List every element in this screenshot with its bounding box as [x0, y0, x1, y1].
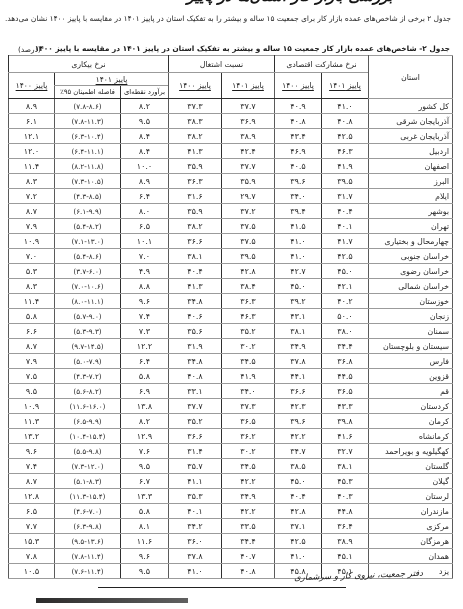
cell-unemployment-1400: ۸.۷: [9, 339, 55, 354]
cell-province: همدان: [369, 549, 453, 564]
cell-unemployment-ci-1401: (۴.۳-۸.۵): [55, 189, 121, 204]
cell-employment-1401: ۳۵.۹: [222, 174, 275, 189]
table-row: اصفهان ۴۱.۹ ۴۰.۵ ۳۷.۷ ۳۵.۹ ۱۰.۰ (۸.۲-۱۱.…: [9, 159, 453, 174]
clipped-calligraphic-heading: بررسی بازار کار استان‌ها در پاییز: [150, 0, 430, 9]
cell-participation-1401: ۳۸.۰: [322, 324, 369, 339]
cell-participation-1401: ۴۱.۹: [322, 159, 369, 174]
header-participation-1401: پاییز ۱۴۰۱: [322, 73, 369, 99]
cell-employment-1401: ۳۶.۳: [222, 294, 275, 309]
cell-unemployment-point-1401: ۸.۹: [121, 174, 169, 189]
cell-participation-1400: ۴۱.۵: [275, 219, 322, 234]
cell-province: آذربایجان شرقی: [369, 114, 453, 129]
cell-participation-1400: ۴۲.۵: [275, 534, 322, 549]
table-row: گیلان ۴۵.۳ ۴۵.۰ ۴۲.۲ ۴۱.۱ ۶.۷ (۵.۱-۸.۳) …: [9, 474, 453, 489]
cell-employment-1401: ۳۳.۵: [222, 519, 275, 534]
cell-employment-1401: ۴۲.۸: [222, 264, 275, 279]
cell-province: بوشهر: [369, 204, 453, 219]
header-unemployment-1400: پاییز ۱۴۰۰: [9, 73, 55, 99]
cell-participation-1401: ۴۵.۱: [322, 549, 369, 564]
cell-unemployment-point-1401: ۶.۵: [121, 219, 169, 234]
cell-unemployment-1400: ۷.۲: [9, 189, 55, 204]
cell-employment-1400: ۳۴.۲: [169, 519, 222, 534]
cell-unemployment-point-1401: ۷.۰: [121, 249, 169, 264]
table-row: قم ۳۶.۵ ۳۶.۶ ۳۴.۰ ۳۳.۱ ۶.۹ (۵.۶-۸.۲) ۹.۵: [9, 384, 453, 399]
cell-unemployment-point-1401: ۹.۶: [121, 294, 169, 309]
cell-unemployment-ci-1401: (۶.۳-۹.۸): [55, 519, 121, 534]
cell-unemployment-point-1401: ۴.۹: [121, 264, 169, 279]
cell-employment-1401: ۳۴.۰: [222, 384, 275, 399]
cell-unemployment-ci-1401: (۸.۲-۱۱.۸): [55, 159, 121, 174]
cell-participation-1400: ۴۲.۲: [275, 429, 322, 444]
cell-participation-1401: ۴۲.۵: [322, 129, 369, 144]
cell-province: سمنان: [369, 324, 453, 339]
cell-employment-1400: ۳۷.۷: [169, 399, 222, 414]
cell-unemployment-point-1401: ۱۰.۱: [121, 234, 169, 249]
header-participation-1400: پاییز ۱۴۰۰: [275, 73, 322, 99]
cell-unemployment-1400: ۷.۷: [9, 519, 55, 534]
cell-unemployment-point-1401: ۶.۴: [121, 354, 169, 369]
cell-employment-1401: ۴۶.۳: [222, 309, 275, 324]
table-row: گلستان ۳۸.۱ ۳۸.۵ ۳۴.۵ ۳۵.۷ ۹.۵ (۷.۳-۱۲.۰…: [9, 459, 453, 474]
cell-employment-1401: ۳۰.۲: [222, 444, 275, 459]
cell-employment-1401: ۴۲.۲: [222, 474, 275, 489]
cell-employment-1400: ۳۶.۶: [169, 234, 222, 249]
header-confidence-interval: فاصله اطمینان ۹۵٪: [55, 86, 121, 99]
cell-participation-1401: ۳۴.۴: [322, 339, 369, 354]
cell-employment-1400: ۳۸.۱: [169, 249, 222, 264]
cell-unemployment-point-1401: ۱۱.۶: [121, 534, 169, 549]
cell-participation-1400: ۴۴.۱: [275, 369, 322, 384]
cell-participation-1400: ۴۰.۵: [275, 159, 322, 174]
cell-employment-1400: ۳۸.۲: [169, 219, 222, 234]
cell-employment-1401: ۲۹.۷: [222, 189, 275, 204]
cell-province: کهگیلویه و بویراحمد: [369, 444, 453, 459]
table-row: سیستان و بلوچستان ۳۴.۴ ۳۴.۹ ۳۰.۲ ۳۱.۹ ۱۲…: [9, 339, 453, 354]
cell-province: مرکزی: [369, 519, 453, 534]
cell-unemployment-point-1401: ۵.۸: [121, 369, 169, 384]
cell-employment-1401: ۳۴.۴: [222, 534, 275, 549]
cell-participation-1400: ۳۹.۴: [275, 204, 322, 219]
cell-province: هرمزگان: [369, 534, 453, 549]
cell-unemployment-1400: ۵.۳: [9, 264, 55, 279]
cell-unemployment-1400: ۱۲.۱: [9, 129, 55, 144]
cell-participation-1400: ۴۵.۰: [275, 279, 322, 294]
cell-participation-1400: ۴۲.۸: [275, 504, 322, 519]
cell-province: کل کشور: [369, 99, 453, 114]
table-row: البرز ۳۹.۵ ۳۹.۶ ۳۵.۹ ۳۶.۳ ۸.۹ (۷.۳-۱۰.۵)…: [9, 174, 453, 189]
indicators-table: استان نرخ مشارکت اقتصادی نسبت اشتغال نرخ…: [8, 55, 453, 579]
cell-participation-1400: ۴۳.۱: [275, 309, 322, 324]
table-row: آذربایجان شرقی ۴۰.۸ ۴۰.۸ ۳۶.۹ ۳۸.۳ ۹.۵ (…: [9, 114, 453, 129]
cell-unemployment-1400: ۶.۵: [9, 504, 55, 519]
cell-participation-1401: ۴۱.۶: [322, 429, 369, 444]
cell-participation-1400: ۴۰.۹: [275, 99, 322, 114]
cell-participation-1401: ۳۶.۵: [322, 384, 369, 399]
cell-unemployment-1400: ۱۲.۰: [9, 144, 55, 159]
cell-participation-1400: ۳۶.۶: [275, 384, 322, 399]
cell-participation-1401: ۳۸.۹: [322, 534, 369, 549]
cell-unemployment-ci-1401: (۷.۸-۸.۶): [55, 99, 121, 114]
cell-employment-1400: ۴۱.۱: [169, 474, 222, 489]
cell-participation-1401: ۴۰.۸: [322, 114, 369, 129]
cell-unemployment-1400: ۱۱.۴: [9, 294, 55, 309]
cell-province: ایلام: [369, 189, 453, 204]
header-unemployment: نرخ بیکاری: [9, 56, 169, 73]
cell-participation-1401: ۴۰.۴: [322, 204, 369, 219]
cell-employment-1400: ۳۱.۴: [169, 444, 222, 459]
cell-unemployment-ci-1401: (۶.۵-۹.۹): [55, 414, 121, 429]
cell-unemployment-ci-1401: (۱۰.۴-۱۵.۴): [55, 429, 121, 444]
cell-unemployment-point-1401: ۱۳.۳: [121, 489, 169, 504]
cell-unemployment-ci-1401: (۸.۰-۱۱.۱): [55, 294, 121, 309]
table-row: همدان ۴۵.۱ ۴۱.۰ ۴۰.۷ ۳۷.۸ ۹.۶ (۷.۸-۱۱.۴)…: [9, 549, 453, 564]
table-row: آذربایجان غربی ۴۲.۵ ۴۳.۴ ۳۸.۹ ۳۸.۲ ۸.۴ (…: [9, 129, 453, 144]
cell-unemployment-1400: ۷.۹: [9, 354, 55, 369]
cell-employment-1401: ۴۲.۲: [222, 504, 275, 519]
cell-employment-1400: ۳۷.۳: [169, 99, 222, 114]
table-row: کردستان ۴۳.۳ ۴۲.۳ ۳۷.۳ ۳۷.۷ ۱۳.۸ (۱۱.۶-۱…: [9, 399, 453, 414]
cell-unemployment-ci-1401: (۶.۱-۹.۹): [55, 204, 121, 219]
table-row: اردبیل ۴۶.۳ ۴۶.۹ ۴۲.۴ ۴۱.۳ ۸.۴ (۶.۴-۱۱.۱…: [9, 144, 453, 159]
cell-unemployment-point-1401: ۱۳.۸: [121, 399, 169, 414]
unit-label: (درصد): [18, 45, 41, 54]
cell-employment-1401: ۳۶.۵: [222, 414, 275, 429]
table-row: ایلام ۳۱.۷ ۳۴.۰ ۲۹.۷ ۳۱.۶ ۶.۴ (۴.۳-۸.۵) …: [9, 189, 453, 204]
cell-participation-1400: ۴۰.۴: [275, 489, 322, 504]
cell-province: خراسان رضوی: [369, 264, 453, 279]
cell-employment-1401: ۳۴.۹: [222, 489, 275, 504]
cell-participation-1400: ۳۸.۵: [275, 459, 322, 474]
cell-unemployment-1400: ۹.۶: [9, 444, 55, 459]
cell-unemployment-ci-1401: (۴.۳-۷.۲): [55, 369, 121, 384]
cell-province: مازندران: [369, 504, 453, 519]
cell-province: کرمان: [369, 414, 453, 429]
cell-province: آذربایجان غربی: [369, 129, 453, 144]
cell-province: اصفهان: [369, 159, 453, 174]
cell-participation-1401: ۴۰.۳: [322, 489, 369, 504]
cell-employment-1400: ۳۵.۹: [169, 204, 222, 219]
cell-unemployment-1400: ۸.۳: [9, 279, 55, 294]
cell-province: کردستان: [369, 399, 453, 414]
cell-unemployment-point-1401: ۸.۰: [121, 204, 169, 219]
cell-employment-1400: ۳۴.۸: [169, 354, 222, 369]
cell-participation-1400: ۴۱.۰: [275, 234, 322, 249]
header-province: استان: [369, 56, 453, 99]
cell-participation-1401: ۴۶.۳: [322, 144, 369, 159]
cell-participation-1401: ۴۵.۰: [322, 264, 369, 279]
cell-employment-1400: ۳۳.۱: [169, 384, 222, 399]
cell-unemployment-ci-1401: (۵.۴-۸.۲): [55, 219, 121, 234]
cell-unemployment-ci-1401: (۵.۷-۹.۰): [55, 309, 121, 324]
clipped-heading-text: بررسی بازار کار استان‌ها در پاییز: [150, 0, 430, 5]
cell-province: زنجان: [369, 309, 453, 324]
cell-unemployment-point-1401: ۸.۴: [121, 144, 169, 159]
cell-unemployment-1400: ۸.۷: [9, 204, 55, 219]
cell-unemployment-1400: ۹.۵: [9, 384, 55, 399]
cell-participation-1400: ۳۴.۷: [275, 444, 322, 459]
cell-employment-1400: ۴۰.۴: [169, 264, 222, 279]
cell-unemployment-1400: ۵.۸: [9, 309, 55, 324]
cell-unemployment-ci-1401: (۷.۳-۱۲.۰): [55, 459, 121, 474]
cell-participation-1400: ۳۷.۱: [275, 519, 322, 534]
intro-paragraph: جدول ۲ برخی از شاخص‌های عمده بازار کار ب…: [6, 14, 451, 24]
cell-employment-1401: ۳۹.۵: [222, 249, 275, 264]
cell-employment-1401: ۳۶.۲: [222, 429, 275, 444]
cell-province: قزوین: [369, 369, 453, 384]
cell-participation-1401: ۳۶.۸: [322, 354, 369, 369]
cell-participation-1400: ۳۴.۰: [275, 189, 322, 204]
table-row: لرستان ۴۰.۳ ۴۰.۴ ۳۴.۹ ۳۵.۳ ۱۳.۳ (۱۱.۳-۱۵…: [9, 489, 453, 504]
cell-employment-1401: ۳۷.۷: [222, 99, 275, 114]
cell-unemployment-point-1401: ۱۰.۰: [121, 159, 169, 174]
cell-participation-1400: ۴۰.۸: [275, 114, 322, 129]
cell-unemployment-ci-1401: (۷.۶-۱۱.۴): [55, 564, 121, 579]
cell-employment-1401: ۴۲.۴: [222, 144, 275, 159]
cell-province: خوزستان: [369, 294, 453, 309]
cell-employment-1401: ۳۷.۵: [222, 219, 275, 234]
cell-participation-1401: ۴۱.۰: [322, 99, 369, 114]
cell-employment-1401: ۴۱.۹: [222, 369, 275, 384]
cell-employment-1401: ۳۷.۵: [222, 234, 275, 249]
cell-province: لرستان: [369, 489, 453, 504]
cell-unemployment-point-1401: ۹.۶: [121, 549, 169, 564]
cell-unemployment-ci-1401: (۱۱.۳-۱۵.۴): [55, 489, 121, 504]
cell-participation-1401: ۳۶.۴: [322, 519, 369, 534]
cell-employment-1401: ۳۷.۳: [222, 399, 275, 414]
cell-employment-1401: ۳۰.۲: [222, 339, 275, 354]
cell-participation-1400: ۴۱.۰: [275, 249, 322, 264]
cell-participation-1400: ۳۷.۸: [275, 354, 322, 369]
cell-employment-1400: ۳۸.۲: [169, 129, 222, 144]
cell-employment-1400: ۳۱.۹: [169, 339, 222, 354]
cell-unemployment-ci-1401: (۵.۵-۹.۸): [55, 444, 121, 459]
cell-employment-1400: ۴۰.۶: [169, 309, 222, 324]
cell-province: گلستان: [369, 459, 453, 474]
cell-unemployment-ci-1401: (۹.۷-۱۴.۵): [55, 339, 121, 354]
cell-unemployment-1400: ۱۲.۸: [9, 489, 55, 504]
cell-unemployment-point-1401: ۹.۵: [121, 114, 169, 129]
cell-province: خراسان جنوبی: [369, 249, 453, 264]
cell-unemployment-ci-1401: (۷.۸-۱۱.۳): [55, 114, 121, 129]
cell-participation-1400: ۳۸.۱: [275, 324, 322, 339]
cell-employment-1401: ۴۰.۷: [222, 549, 275, 564]
cell-unemployment-1400: ۶.۶: [9, 324, 55, 339]
cell-participation-1400: ۴۳.۴: [275, 129, 322, 144]
table-row: چهارمحال و بختیاری ۴۱.۷ ۴۱.۰ ۳۷.۵ ۳۶.۶ ۱…: [9, 234, 453, 249]
cell-participation-1400: ۳۹.۶: [275, 414, 322, 429]
cell-unemployment-1400: ۱۱.۴: [9, 159, 55, 174]
cell-unemployment-1400: ۷.۵: [9, 369, 55, 384]
cell-unemployment-point-1401: ۶.۹: [121, 384, 169, 399]
cell-participation-1400: ۴۶.۹: [275, 144, 322, 159]
cell-province: قم: [369, 384, 453, 399]
cell-participation-1401: ۳۲.۷: [322, 444, 369, 459]
cell-participation-1401: ۴۴.۸: [322, 504, 369, 519]
cell-unemployment-point-1401: ۷.۶: [121, 444, 169, 459]
cell-unemployment-1400: ۸.۷: [9, 474, 55, 489]
table-row: تهران ۴۰.۱ ۴۱.۵ ۳۷.۵ ۳۸.۲ ۶.۵ (۵.۴-۸.۲) …: [9, 219, 453, 234]
cell-participation-1401: ۴۰.۱: [322, 219, 369, 234]
table-row: هرمزگان ۳۸.۹ ۴۲.۵ ۳۴.۴ ۳۶.۰ ۱۱.۶ (۹.۵-۱۳…: [9, 534, 453, 549]
cell-participation-1401: ۴۵.۳: [322, 474, 369, 489]
cell-participation-1401: ۴۳.۳: [322, 399, 369, 414]
cell-unemployment-point-1401: ۶.۴: [121, 189, 169, 204]
cell-unemployment-ci-1401: (۴.۶-۷.۰): [55, 504, 121, 519]
cell-participation-1400: ۴۱.۰: [275, 549, 322, 564]
cell-unemployment-ci-1401: (۵.۳-۹.۳): [55, 324, 121, 339]
table-row: مازندران ۴۴.۸ ۴۲.۸ ۴۲.۲ ۴۰.۱ ۵.۸ (۴.۶-۷.…: [9, 504, 453, 519]
cell-employment-1401: ۳۷.۷: [222, 159, 275, 174]
cell-unemployment-ci-1401: (۳.۷-۶.۰): [55, 264, 121, 279]
cell-province: اردبیل: [369, 144, 453, 159]
cell-province: البرز: [369, 174, 453, 189]
cell-unemployment-ci-1401: (۵.۶-۸.۲): [55, 384, 121, 399]
cell-employment-1400: ۳۵.۳: [169, 489, 222, 504]
cell-participation-1400: ۴۵.۰: [275, 474, 322, 489]
cell-employment-1400: ۴۱.۰: [169, 564, 222, 579]
table-row: خراسان رضوی ۴۵.۰ ۴۲.۷ ۴۲.۸ ۴۰.۴ ۴.۹ (۳.۷…: [9, 264, 453, 279]
cell-unemployment-1400: ۱۰.۹: [9, 399, 55, 414]
cell-employment-1401: ۴۰.۸: [222, 564, 275, 579]
header-employment-1401: پاییز ۱۴۰۱: [222, 73, 275, 99]
cell-employment-1400: ۳۴.۸: [169, 294, 222, 309]
report-page: بررسی بازار کار استان‌ها در پاییز جدول ۲…: [0, 0, 463, 609]
cell-unemployment-ci-1401: (۷.۳-۱۰.۵): [55, 174, 121, 189]
cell-unemployment-ci-1401: (۱۱.۶-۱۶.۰): [55, 399, 121, 414]
cell-unemployment-1400: ۷.۴: [9, 459, 55, 474]
cell-province: کرمانشاه: [369, 429, 453, 444]
cell-unemployment-ci-1401: (۵.۴-۸.۶): [55, 249, 121, 264]
cell-unemployment-point-1401: ۵.۸: [121, 504, 169, 519]
cell-participation-1401: ۳۱.۷: [322, 189, 369, 204]
cell-employment-1400: ۳۶.۰: [169, 534, 222, 549]
table-row: خراسان جنوبی ۴۲.۵ ۴۱.۰ ۳۹.۵ ۳۸.۱ ۷.۰ (۵.…: [9, 249, 453, 264]
cell-employment-1400: ۳۶.۳: [169, 174, 222, 189]
cell-employment-1400: ۳۵.۲: [169, 414, 222, 429]
cell-unemployment-1400: ۷.۸: [9, 549, 55, 564]
cell-unemployment-point-1401: ۱۲.۹: [121, 429, 169, 444]
cell-unemployment-point-1401: ۹.۵: [121, 564, 169, 579]
cell-participation-1401: ۳۹.۵: [322, 174, 369, 189]
cell-employment-1400: ۳۷.۸: [169, 549, 222, 564]
cell-employment-1400: ۳۵.۶: [169, 324, 222, 339]
cell-employment-1401: ۳۸.۹: [222, 129, 275, 144]
cell-unemployment-1400: ۷.۰: [9, 249, 55, 264]
table-row: سمنان ۳۸.۰ ۳۸.۱ ۳۵.۲ ۳۵.۶ ۷.۳ (۵.۳-۹.۳) …: [9, 324, 453, 339]
cell-unemployment-ci-1401: (۷.۱-۱۳.۰): [55, 234, 121, 249]
cell-unemployment-1400: ۱۳.۲: [9, 429, 55, 444]
cell-employment-1400: ۴۰.۸: [169, 369, 222, 384]
cell-participation-1401: ۴۲.۱: [322, 279, 369, 294]
cell-unemployment-ci-1401: (۵.۰-۷.۹): [55, 354, 121, 369]
header-unemployment-1401: پاییز ۱۴۰۱: [55, 73, 169, 86]
cell-unemployment-point-1401: ۹.۵: [121, 459, 169, 474]
cell-employment-1401: ۳۷.۲: [222, 204, 275, 219]
cell-participation-1401: ۴۰.۲: [322, 294, 369, 309]
cell-unemployment-1400: ۱۱.۳: [9, 414, 55, 429]
cell-participation-1400: ۳۹.۶: [275, 174, 322, 189]
table-row: مرکزی ۳۶.۴ ۳۷.۱ ۳۳.۵ ۳۴.۲ ۸.۱ (۶.۳-۹.۸) …: [9, 519, 453, 534]
cell-employment-1400: ۴۰.۱: [169, 504, 222, 519]
cell-participation-1401: ۴۱.۷: [322, 234, 369, 249]
cell-participation-1400: ۴۲.۷: [275, 264, 322, 279]
cell-unemployment-point-1401: ۶.۷: [121, 474, 169, 489]
table-row: زنجان ۵۰.۰ ۴۳.۱ ۴۶.۳ ۴۰.۶ ۷.۴ (۵.۷-۹.۰) …: [9, 309, 453, 324]
cell-unemployment-point-1401: ۸.۲: [121, 414, 169, 429]
table-row: کهگیلویه و بویراحمد ۳۲.۷ ۳۴.۷ ۳۰.۲ ۳۱.۴ …: [9, 444, 453, 459]
table-row: کل کشور ۴۱.۰ ۴۰.۹ ۳۷.۷ ۳۷.۳ ۸.۲ (۷.۸-۸.۶…: [9, 99, 453, 114]
cell-employment-1400: ۳۵.۷: [169, 459, 222, 474]
cell-unemployment-point-1401: ۷.۳: [121, 324, 169, 339]
table-row: خراسان شمالی ۴۲.۱ ۴۵.۰ ۳۸.۴ ۴۱.۳ ۸.۸ (۷.…: [9, 279, 453, 294]
table-row: کرمانشاه ۴۱.۶ ۴۲.۲ ۳۶.۲ ۳۶.۶ ۱۲.۹ (۱۰.۴-…: [9, 429, 453, 444]
cell-province: گیلان: [369, 474, 453, 489]
table-body: کل کشور ۴۱.۰ ۴۰.۹ ۳۷.۷ ۳۷.۳ ۸.۲ (۷.۸-۸.۶…: [9, 99, 453, 579]
table-row: فارس ۳۶.۸ ۳۷.۸ ۳۴.۵ ۳۴.۸ ۶.۴ (۵.۰-۷.۹) ۷…: [9, 354, 453, 369]
cell-unemployment-ci-1401: (۹.۵-۱۳.۶): [55, 534, 121, 549]
cell-province: خراسان شمالی: [369, 279, 453, 294]
cell-participation-1400: ۳۹.۲: [275, 294, 322, 309]
cell-unemployment-point-1401: ۱۲.۲: [121, 339, 169, 354]
cell-participation-1400: ۴۲.۳: [275, 399, 322, 414]
cell-employment-1400: ۳۵.۹: [169, 159, 222, 174]
table-header: استان نرخ مشارکت اقتصادی نسبت اشتغال نرخ…: [9, 56, 453, 99]
cell-unemployment-ci-1401: (۷.۸-۱۱.۴): [55, 549, 121, 564]
cell-employment-1400: ۴۱.۳: [169, 144, 222, 159]
cell-unemployment-1400: ۸.۳: [9, 174, 55, 189]
cell-participation-1401: ۴۴.۵: [322, 369, 369, 384]
table-title: جدول ۲- شاخص‌های عمده بازار کار جمعیت ۱۵…: [35, 44, 450, 53]
cell-participation-1400: ۳۴.۹: [275, 339, 322, 354]
cell-employment-1401: ۳۴.۵: [222, 459, 275, 474]
cell-unemployment-point-1401: ۸.۲: [121, 99, 169, 114]
cell-unemployment-1400: ۱۰.۵: [9, 564, 55, 579]
cell-unemployment-point-1401: ۸.۱: [121, 519, 169, 534]
footer-rule: [98, 587, 346, 588]
cell-unemployment-ci-1401: (۷.۰-۱۰.۶): [55, 279, 121, 294]
cell-employment-1400: ۳۸.۳: [169, 114, 222, 129]
cell-employment-1400: ۴۱.۳: [169, 279, 222, 294]
cell-participation-1401: ۳۹.۸: [322, 414, 369, 429]
cell-employment-1400: ۳۱.۶: [169, 189, 222, 204]
cell-employment-1401: ۳۵.۲: [222, 324, 275, 339]
cell-unemployment-1400: ۱۵.۳: [9, 534, 55, 549]
cell-unemployment-ci-1401: (۵.۱-۸.۳): [55, 474, 121, 489]
cell-province: تهران: [369, 219, 453, 234]
cell-employment-1401: ۳۸.۴: [222, 279, 275, 294]
cell-unemployment-1400: ۸.۹: [9, 99, 55, 114]
cell-unemployment-ci-1401: (۶.۳-۱۰.۴): [55, 129, 121, 144]
cell-unemployment-point-1401: ۸.۸: [121, 279, 169, 294]
cell-unemployment-point-1401: ۸.۴: [121, 129, 169, 144]
cell-province: سیستان و بلوچستان: [369, 339, 453, 354]
header-participation: نرخ مشارکت اقتصادی: [275, 56, 369, 73]
header-employment: نسبت اشتغال: [169, 56, 275, 73]
cell-unemployment-ci-1401: (۶.۴-۱۱.۱): [55, 144, 121, 159]
cell-employment-1400: ۳۶.۶: [169, 429, 222, 444]
table-row: بوشهر ۴۰.۴ ۳۹.۴ ۳۷.۲ ۳۵.۹ ۸.۰ (۶.۱-۹.۹) …: [9, 204, 453, 219]
cell-participation-1401: ۳۸.۱: [322, 459, 369, 474]
header-point-estimate: برآورد نقطه‌ای: [121, 86, 169, 99]
cell-participation-1401: ۵۰.۰: [322, 309, 369, 324]
cell-unemployment-1400: ۶.۱: [9, 114, 55, 129]
cell-employment-1401: ۳۴.۵: [222, 354, 275, 369]
cell-unemployment-1400: ۱۰.۹: [9, 234, 55, 249]
table-row: کرمان ۳۹.۸ ۳۹.۶ ۳۶.۵ ۳۵.۲ ۸.۲ (۶.۵-۹.۹) …: [9, 414, 453, 429]
cell-participation-1401: ۴۲.۵: [322, 249, 369, 264]
footer-bar: [36, 598, 188, 603]
cell-employment-1401: ۳۶.۹: [222, 114, 275, 129]
